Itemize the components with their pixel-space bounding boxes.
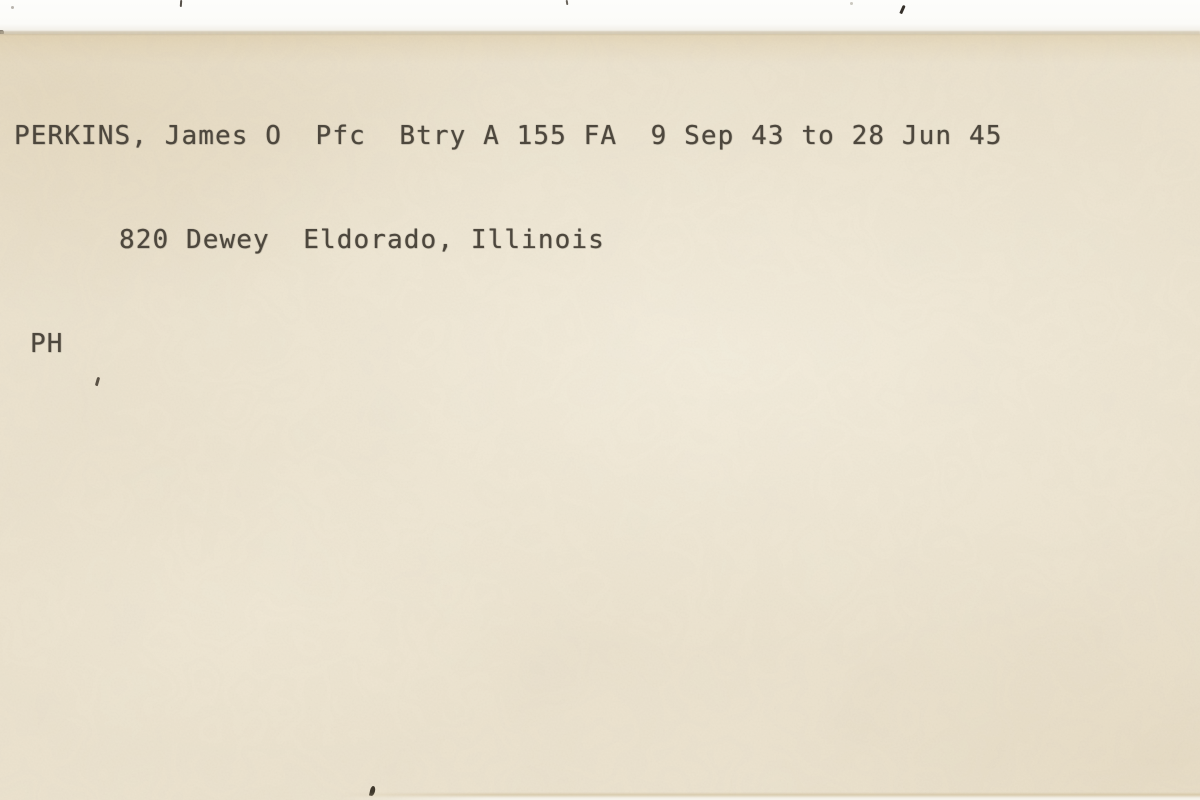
card-top-edge-shadow [0, 31, 1200, 35]
typed-line-address: 820 Dewey Eldorado, Illinois [0, 223, 1200, 258]
scanner-background-strip [0, 0, 1200, 34]
index-card: PERKINS, James O Pfc Btry A 155 FA 9 Sep… [0, 34, 1200, 800]
scanned-document: PERKINS, James O Pfc Btry A 155 FA 9 Sep… [0, 0, 1200, 800]
typed-line-award: PH [0, 327, 1200, 362]
card-bottom-edge-highlight [340, 792, 1200, 800]
typed-line-name-unit-dates: PERKINS, James O Pfc Btry A 155 FA 9 Sep… [0, 119, 1200, 154]
typed-text-block: PERKINS, James O Pfc Btry A 155 FA 9 Sep… [0, 50, 1200, 431]
